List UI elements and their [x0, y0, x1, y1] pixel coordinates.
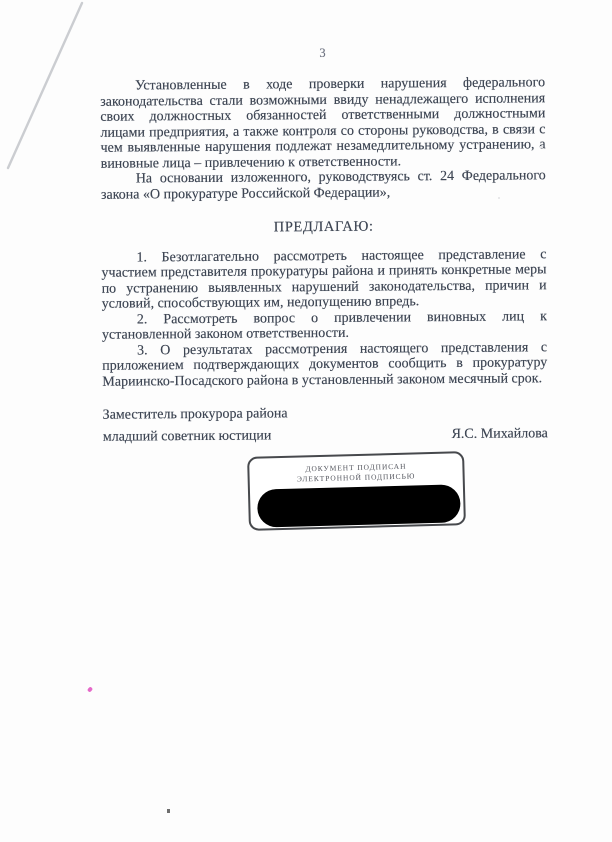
redaction-black-box	[257, 484, 461, 527]
proposal-heading: ПРЕДЛАГАЮ:	[101, 218, 546, 237]
document-body: Установленные в ходе проверки нарушения …	[100, 75, 548, 444]
body-paragraph-violations: Установленные в ходе проверки нарушения …	[100, 75, 546, 171]
stamp-caption: ДОКУМЕНТ ПОДПИСАН ЭЛЕКТРОННОЙ ПОДПИСЬЮ	[249, 453, 463, 485]
scan-speck-dark	[167, 809, 170, 813]
digital-signature-stamp: ДОКУМЕНТ ПОДПИСАН ЭЛЕКТРОННОЙ ПОДПИСЬЮ	[247, 451, 466, 531]
demand-item-2: 2. Рассмотреть вопрос о привлечении вино…	[102, 309, 547, 343]
page-number: 3	[100, 46, 545, 61]
body-paragraph-legal-basis: На основании изложенного, руководствуясь…	[101, 168, 546, 202]
demand-item-1: 1. Безотлагательно рассмотреть настоящее…	[101, 247, 546, 312]
signer-rank: младший советник юстиции	[103, 428, 272, 445]
signer-position: Заместитель прокурора района	[103, 404, 548, 423]
scanned-document-page: 3 Установленные в ходе проверки нарушени…	[0, 0, 612, 842]
signature-row: младший советник юстиции Я.С. Михайлова	[103, 426, 548, 445]
scan-speck-pink	[87, 686, 93, 692]
scan-edge-artifact	[0, 0, 100, 180]
signature-block: Заместитель прокурора района младший сов…	[103, 404, 548, 445]
signer-name: Я.С. Михайлова	[451, 426, 547, 442]
demand-item-3: 3. О результатах рассмотрения настоящего…	[102, 340, 547, 390]
